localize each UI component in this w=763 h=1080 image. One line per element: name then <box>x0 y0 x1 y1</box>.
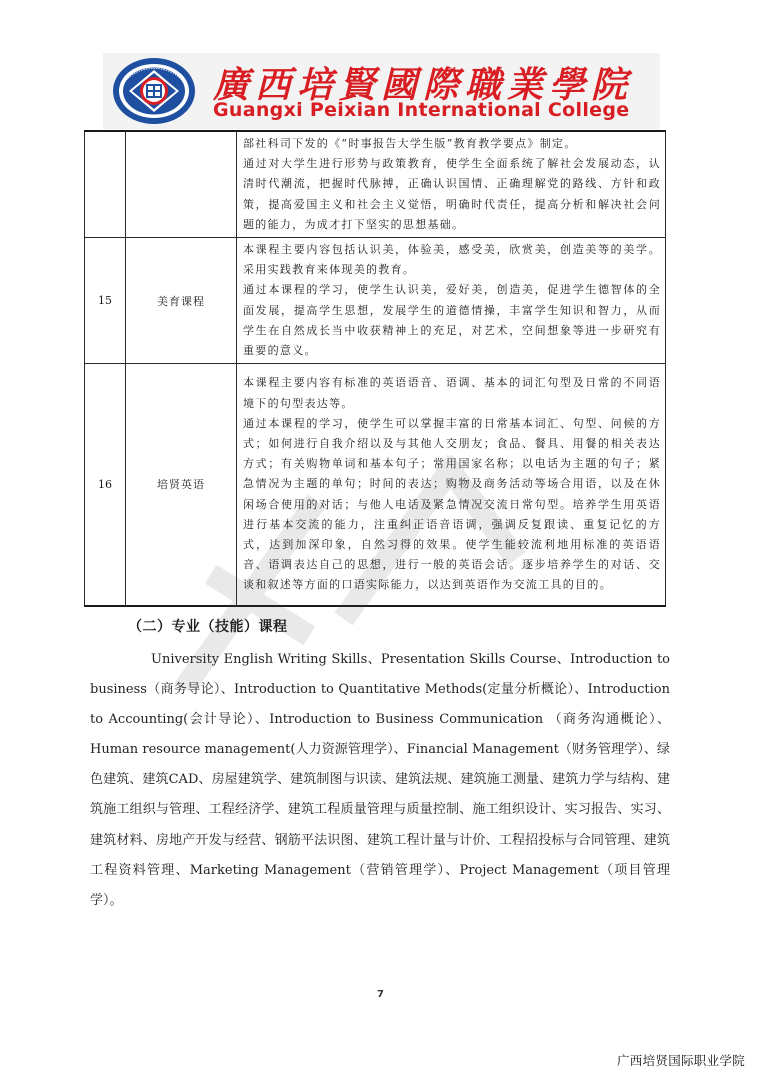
college-header-banner: 廣西培賢國際職業學院 Guangxi Peixian International… <box>103 53 660 129</box>
course-description-paragraph: 本课程主要内容有标准的英语语音、语调、基本的词汇句型及日常的不同语境下的句型表达… <box>243 373 661 413</box>
college-name-english: Guangxi Peixian International College <box>213 99 629 121</box>
course-table: 部社科司下发的《“时事报告大学生版”教育教学要点》制定。 通过对大学生进行形势与… <box>84 130 666 607</box>
section-heading: （二）专业（技能）课程 <box>128 616 288 636</box>
course-description-paragraph: 通过本课程的学习，使学生认识美，爱好美，创造美，促进学生德智体的全面发展，提高学… <box>243 280 661 361</box>
table-row: 16 培贤英语 本课程主要内容有标准的英语语音、语调、基本的词汇句型及日常的不同… <box>85 364 666 606</box>
table-row: 部社科司下发的《“时事报告大学生版”教育教学要点》制定。 通过对大学生进行形势与… <box>85 131 666 238</box>
course-description-paragraph: 本课程主要内容包括认识美，体验美，感受美，欣赏美，创造美等的美学。采用实践教育来… <box>243 240 661 280</box>
course-number-cell: 15 <box>85 238 126 364</box>
course-name-cell: 培贤英语 <box>126 364 237 606</box>
course-number-cell: 16 <box>85 364 126 606</box>
course-description-paragraph: 通过本课程的学习，使学生可以掌握丰富的日常基本词汇、句型、问候的方式；如何进行自… <box>243 414 661 596</box>
page-number: 7 <box>377 989 384 1000</box>
course-description-cell: 本课程主要内容有标准的英语语音、语调、基本的词汇句型及日常的不同语境下的句型表达… <box>237 364 666 606</box>
course-description-cell: 部社科司下发的《“时事报告大学生版”教育教学要点》制定。 通过对大学生进行形势与… <box>237 131 666 238</box>
table-row: 15 美育课程 本课程主要内容包括认识美，体验美，感受美，欣赏美，创造美等的美学… <box>85 238 666 364</box>
course-name-cell <box>126 131 237 238</box>
course-description-cell: 本课程主要内容包括认识美，体验美，感受美，欣赏美，创造美等的美学。采用实践教育来… <box>237 238 666 364</box>
section-body-paragraph: University English Writing Skills、Presen… <box>90 645 670 916</box>
footer-college-name: 广西培贤国际职业学院 <box>617 1051 745 1069</box>
course-description-paragraph: 通过对大学生进行形势与政策教育，使学生全面系统了解社会发展动态，认清时代潮流，把… <box>243 154 661 235</box>
course-description-paragraph: 部社科司下发的《“时事报告大学生版”教育教学要点》制定。 <box>243 134 661 154</box>
college-logo-icon <box>111 56 197 126</box>
course-number-cell <box>85 131 126 238</box>
course-name-cell: 美育课程 <box>126 238 237 364</box>
